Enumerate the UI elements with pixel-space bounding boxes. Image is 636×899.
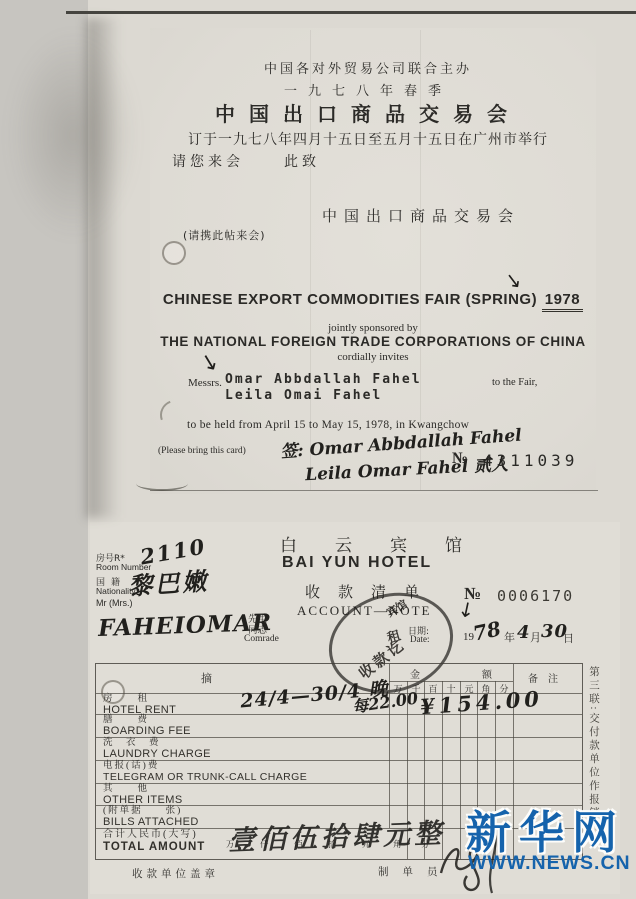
guest-name-2: Leila Omai Fahel — [225, 388, 382, 403]
scanned-document-page: 中国各对外贸易公司联合主办 一九七八年春季 中国出口商品交易会 订于一九七八年四… — [0, 0, 636, 899]
hole-punch — [162, 241, 186, 265]
stamp-text-hotel: 宾馆 — [383, 596, 410, 621]
card-schedule-line: 订于一九七八年四月十五日至五月十五日在广州市举行 — [150, 129, 586, 149]
hotel-name-english: BAI YUN HOTEL — [282, 554, 432, 572]
messrs-label: Messrs. — [188, 377, 222, 389]
hotel-name-chinese: 白云宾馆 — [280, 531, 500, 556]
card-organizer-line: 中国各对外贸易公司联合主办 — [150, 58, 586, 77]
payee-stamp-label: 收款单位盖章 — [132, 866, 219, 881]
table-row: 电报(话)费 TELEGRAM OR TRUNK-CALL CHARGE — [103, 762, 383, 783]
year-char: 年 — [504, 629, 515, 645]
card-title-year: 1978 — [542, 291, 583, 312]
scan-edge-line — [66, 11, 636, 14]
table-header-description: 摘 — [201, 670, 212, 686]
mr-mrs-label: Mr (Mrs.) — [96, 598, 132, 608]
xinhua-net-url: WWW.NEWS.CN — [468, 852, 631, 875]
card-season-line: 一九七八年春季 — [150, 80, 586, 99]
comrade-label-en: Comrade — [244, 634, 279, 644]
table-row: 其 他 OTHER ITEMS — [103, 785, 383, 807]
card-number-value: 4311039 — [483, 451, 578, 470]
card-title-english: CHINESE EXPORT COMMODITIES FAIR (SPRING) — [163, 291, 537, 308]
table-row: 膳 费 BOARDING FEE — [103, 716, 383, 738]
card-number-label: № — [452, 450, 468, 468]
jointly-sponsored-line: jointly sponsored by — [150, 322, 596, 334]
date-label-en: Date: — [410, 634, 430, 644]
bring-card-label: (Please bring this card) — [158, 446, 246, 456]
arrow-down-right-icon: ↘ — [503, 267, 523, 293]
scan-blotch — [8, 30, 138, 240]
nationality-value-handwritten: 黎巴嫩 — [127, 561, 210, 602]
day-char: 日 — [563, 630, 574, 646]
sponsor-line: THE NATIONAL FOREIGN TRADE CORPORATIONS … — [150, 334, 596, 349]
card-signer-chinese: 中国出口商品交易会 — [322, 205, 520, 226]
table-line — [96, 783, 582, 784]
row-label-en: OTHER ITEMS — [103, 795, 383, 807]
row-label-en: TELEGRAM OR TRUNK-CALL CHARGE — [103, 772, 383, 783]
card-salutation: 此致 — [284, 151, 320, 171]
card-invite-line: 请您来会 — [172, 151, 244, 171]
guest-name-1: Omar Abbdallah Fahel — [225, 372, 422, 387]
card-bring-note-chinese: (请携此帖来会) — [183, 227, 266, 243]
total-in-words-handwritten: 壹佰伍拾肆元整 — [227, 811, 445, 858]
date-month-handwritten: 4 — [517, 622, 530, 643]
to-the-fair-label: to the Fair, — [492, 377, 537, 388]
pen-wave-mark — [136, 476, 188, 491]
receipt-number-value: 0006170 — [497, 587, 574, 605]
row-label-en: LAUNDRY CHARGE — [103, 749, 383, 761]
month-char: 月 — [530, 629, 541, 645]
table-header-note: 备注 — [520, 670, 576, 685]
card-title-chinese: 中国出口商品交易会 — [150, 98, 586, 127]
card-bottom-edge — [150, 490, 598, 491]
row-label-en: BOARDING FEE — [103, 726, 383, 738]
table-row: 洗 衣 费 LAUNDRY CHARGE — [103, 739, 383, 761]
